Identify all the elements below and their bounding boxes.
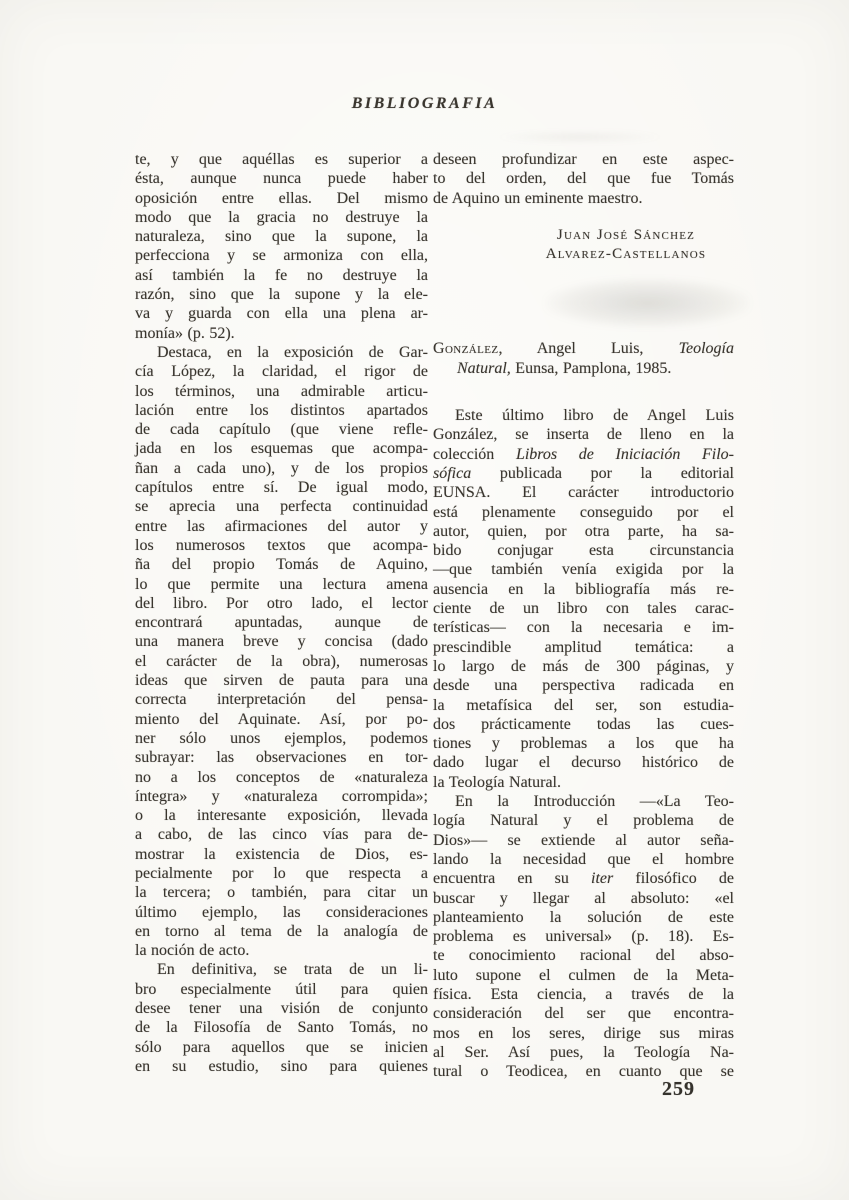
text-segment: planteamiento la solución de este (433, 909, 734, 926)
text-segment: ner sólo unos ejemplos, podemos (135, 730, 428, 747)
text-line: está plenamente conseguido por el (433, 503, 734, 522)
text-segment: ausencia en la bibliografía más re- (433, 581, 734, 598)
right-text-column: deseen profundizar en este aspec-to del … (433, 150, 734, 1081)
text-segment: va y guarda con ella una plena ar- (135, 305, 428, 322)
text-line: EUNSA. El carácter introductorio (433, 483, 734, 502)
text-line: bido conjugar esta circunstancia (433, 541, 734, 560)
text-line: En definitiva, se trata de un li- (135, 960, 428, 979)
text-segment: En la Introducción —«La Teo- (455, 793, 734, 810)
text-line: dos prácticamente todas las cues- (433, 715, 734, 734)
text-segment: EUNSA. El carácter introductorio (433, 484, 734, 501)
text-line: correcta interpretación del pensa- (135, 690, 428, 709)
text-line: terísticas— con la necesaria e im- (433, 618, 734, 637)
text-segment: consideración del ser que encontra- (433, 1005, 734, 1022)
text-line: la tercera; o también, para citar un (135, 883, 428, 902)
text-segment: te conocimiento racional del abso- (433, 947, 734, 964)
scan-smudge-top (500, 130, 660, 144)
text-line: luto supone el culmen de la Meta- (433, 966, 734, 985)
text-line: la Teología Natural. (433, 773, 734, 792)
text-segment: no a los conceptos de «naturaleza (135, 769, 428, 786)
text-segment: correcta interpretación del pensa- (135, 691, 428, 708)
page-number: 259 (662, 1078, 695, 1101)
text-segment: entre las afirmaciones del autor y (135, 518, 428, 535)
text-line: del libro. Por otro lado, el lector (135, 594, 428, 613)
text-segment: a cabo, de las cinco vías para de- (135, 826, 428, 843)
text-segment: to del orden, del que fue Tomás (433, 170, 734, 187)
text-line: no a los conceptos de «naturaleza (135, 768, 428, 787)
text-segment: subrayar: las observaciones en tor- (135, 749, 428, 766)
text-line: ciente de un libro con tales carac- (433, 599, 734, 618)
text-line: ausencia en la bibliografía más re- (433, 580, 734, 599)
text-segment: En definitiva, se trata de un li- (157, 961, 428, 978)
text-segment: publicada por la editorial (500, 465, 734, 482)
text-line: te, y que aquéllas es superior a (135, 150, 428, 169)
text-segment: Dios»— se extiende al autor seña- (433, 832, 734, 849)
text-segment: oposición entre ellas. Del mismo (135, 190, 428, 207)
text-line: to del orden, del que fue Tomás (433, 169, 734, 188)
text-segment: desee tener una visión de conjunto (135, 1000, 428, 1017)
text-segment: encontrará apuntadas, aunque de (135, 614, 428, 631)
text-line: perfecciona y se armoniza con ella, (135, 246, 428, 265)
text-segment: logía Natural y el problema de (433, 812, 734, 829)
text-segment: ña del propio Tomás de Aquino, (135, 556, 428, 573)
text-line: va y guarda con ella una plena ar- (135, 304, 428, 323)
text-line: desde una perspectiva radicada en (433, 676, 734, 695)
text-line: En la Introducción —«La Teo- (433, 792, 734, 811)
text-segment: Alvarez-Castellanos (546, 246, 706, 262)
text-segment: ciente de un libro con tales carac- (433, 600, 734, 617)
text-segment: te, y que aquéllas es superior a (135, 151, 428, 168)
text-line: una manera breve y concisa (dado (135, 632, 428, 651)
text-line: encuentra en su iter filosófico de (433, 869, 734, 888)
text-line: la metafísica del ser, son estudia- (433, 696, 734, 715)
text-line: los términos, una admirable articu- (135, 382, 428, 401)
text-line: física. Esta ciencia, a través de la (433, 985, 734, 1004)
text-segment: terísticas— con la necesaria e im- (433, 619, 734, 636)
text-segment: , Angel Luis, (498, 340, 678, 357)
text-segment: de cada capítulo (que viene refle- (135, 421, 428, 438)
text-segment: filosófico de (613, 870, 734, 887)
text-line: sófica publicada por la editorial (433, 464, 734, 483)
text-line: de cada capítulo (que viene refle- (135, 420, 428, 439)
text-segment: en torno al tema de la analogía de (135, 923, 428, 940)
text-line: a cabo, de las cinco vías para de- (135, 825, 428, 844)
text-line: íntegra» y «naturaleza corrompida»; (135, 787, 428, 806)
text-segment: mostrar la existencia de Dios, es- (135, 846, 428, 863)
text-segment: pecialmente por lo que respecta a (135, 865, 428, 882)
text-line: ideas que sirven de pauta para una (135, 671, 428, 690)
text-segment: colección (433, 446, 516, 463)
text-segment: buscar y llegar al absoluto: «el (433, 890, 734, 907)
text-segment: al Ser. Así pues, la Teología Na- (433, 1044, 734, 1061)
text-segment: ideas que sirven de pauta para una (135, 672, 428, 689)
text-line: de la Filosofía de Santo Tomás, no (135, 1018, 428, 1037)
text-line: Alvarez-Castellanos (433, 245, 734, 264)
text-line: o la interesante exposición, llevada (135, 806, 428, 825)
left-text-column: te, y que aquéllas es superior aésta, au… (135, 150, 428, 1076)
text-segment: Natural, (457, 360, 515, 377)
text-line: Dios»— se extiende al autor seña- (433, 831, 734, 850)
text-segment: último ejemplo, las consideraciones (135, 904, 428, 921)
text-line: González, se inserta de lleno en la (433, 425, 734, 444)
text-line: sólo para aquellos que se inicien (135, 1038, 428, 1057)
text-segment: el carácter de la obra), numerosas (135, 653, 428, 670)
text-segment: lando la necesidad que el hombre (433, 851, 734, 868)
text-line: pecialmente por lo que respecta a (135, 864, 428, 883)
text-segment: iter (591, 870, 613, 887)
text-line: el carácter de la obra), numerosas (135, 652, 428, 671)
text-line: los numerosos textos que acompa- (135, 536, 428, 555)
text-segment: cía López, la claridad, el rigor de (135, 363, 428, 380)
text-segment: desde una perspectiva radicada en (433, 677, 734, 694)
text-line: miento del Aquinate. Así, por po- (135, 710, 428, 729)
text-line: ñan a cada uno), y de los propios (135, 459, 428, 478)
text-line: lando la necesidad que el hombre (433, 850, 734, 869)
text-line: se aprecia una perfecta continuidad (135, 497, 428, 516)
text-line: Natural, Eunsa, Pamplona, 1985. (433, 359, 734, 378)
text-segment: monía» (p. 52). (135, 325, 235, 342)
text-line: lación entre los distintos apartados (135, 401, 428, 420)
text-line: deseen profundizar en este aspec- (433, 150, 734, 169)
text-line: planteamiento la solución de este (433, 908, 734, 927)
text-segment: la tercera; o también, para citar un (135, 884, 428, 901)
text-segment: lo largo de más de 300 páginas, y (433, 658, 734, 675)
text-line: ésta, aunque nunca puede haber (135, 169, 428, 188)
scanned-journal-page: BIBLIOGRAFIA te, y que aquéllas es super… (0, 0, 849, 1200)
text-line: monía» (p. 52). (135, 324, 428, 343)
text-line: Este último libro de Angel Luis (433, 406, 734, 425)
text-line: oposición entre ellas. Del mismo (135, 189, 428, 208)
text-line: último ejemplo, las consideraciones (135, 903, 428, 922)
text-segment: lo que permite una lectura amena (135, 576, 428, 593)
text-segment: González (433, 340, 498, 357)
text-segment: íntegra» y «naturaleza corrompida»; (135, 788, 428, 805)
text-line: colección Libros de Iniciación Filo- (433, 445, 734, 464)
text-segment: de Aquino un eminente maestro. (433, 190, 643, 207)
text-line: problema es universal» (p. 18). Es- (433, 927, 734, 946)
text-line: así también la fe no destruye la (135, 266, 428, 285)
text-segment: razón, sino que la supone y la ele- (135, 286, 428, 303)
text-line: buscar y llegar al absoluto: «el (433, 889, 734, 908)
text-segment: de la Filosofía de Santo Tomás, no (135, 1019, 428, 1036)
text-line: en su estudio, sino para quienes (135, 1057, 428, 1076)
text-line: al Ser. Así pues, la Teología Na- (433, 1043, 734, 1062)
text-line: autor, quien, por otra parte, ha sa- (433, 522, 734, 541)
text-line: mos en los seres, dirige sus miras (433, 1024, 734, 1043)
text-segment: bido conjugar esta circunstancia (433, 542, 734, 559)
text-line: encontrará apuntadas, aunque de (135, 613, 428, 632)
text-segment: los numerosos textos que acompa- (135, 537, 428, 554)
text-line: logía Natural y el problema de (433, 811, 734, 830)
text-segment: Destaca, en la exposición de Gar- (157, 344, 428, 361)
text-line: jada en los esquemas que acompa- (135, 439, 428, 458)
text-segment: Juan José Sánchez (557, 227, 695, 243)
text-segment: Eunsa, Pamplona, 1985. (515, 360, 671, 377)
text-segment: autor, quien, por otra parte, ha sa- (433, 523, 734, 540)
text-segment: González, se inserta de lleno en la (433, 426, 734, 443)
text-segment: encuentra en su (433, 870, 591, 887)
text-segment: o la interesante exposición, llevada (135, 807, 428, 824)
text-segment: prescindible amplitud temática: a (433, 639, 734, 656)
text-line: prescindible amplitud temática: a (433, 638, 734, 657)
text-line: —que también venía exigida por la (433, 560, 734, 579)
page-header-title: BIBLIOGRAFIA (0, 95, 849, 113)
text-line: dado lugar el decurso histórico de (433, 753, 734, 772)
text-line: ña del propio Tomás de Aquino, (135, 555, 428, 574)
text-line: razón, sino que la supone y la ele- (135, 285, 428, 304)
text-segment: ñan a cada uno), y de los propios (135, 460, 428, 477)
text-segment: la Teología Natural. (433, 774, 561, 791)
text-segment: Este último libro de Angel Luis (455, 407, 734, 424)
text-segment: del libro. Por otro lado, el lector (135, 595, 428, 612)
text-line: te conocimiento racional del abso- (433, 946, 734, 965)
text-segment: la metafísica del ser, son estudia- (433, 697, 734, 714)
text-line: entre las afirmaciones del autor y (135, 517, 428, 536)
text-line: lo que permite una lectura amena (135, 575, 428, 594)
text-segment: bro especialmente útil para quien (135, 981, 428, 998)
text-segment: Teología (679, 340, 734, 357)
text-line: de Aquino un eminente maestro. (433, 189, 734, 208)
text-segment: dado lugar el decurso histórico de (433, 754, 734, 771)
text-line: naturaleza, sino que la supone, la (135, 227, 428, 246)
text-segment: —que también venía exigida por la (433, 561, 734, 578)
text-segment: modo que la gracia no destruye la (135, 209, 428, 226)
text-segment: física. Esta ciencia, a través de la (433, 986, 734, 1003)
text-segment: en su estudio, sino para quienes (135, 1058, 428, 1075)
text-line: Juan José Sánchez (433, 226, 734, 245)
text-line: González, Angel Luis, Teología (433, 339, 734, 358)
text-segment: sólo para aquellos que se inicien (135, 1039, 428, 1056)
text-line: Destaca, en la exposición de Gar- (135, 343, 428, 362)
text-line: la noción de acto. (135, 941, 428, 960)
text-line: capítulos entre sí. De igual modo, (135, 478, 428, 497)
text-line: tiones y problemas a los que ha (433, 734, 734, 753)
text-segment: está plenamente conseguido por el (433, 504, 734, 521)
text-segment: sófica (433, 465, 500, 482)
text-segment: así también la fe no destruye la (135, 267, 428, 284)
text-segment: una manera breve y concisa (dado (135, 633, 428, 650)
text-line: desee tener una visión de conjunto (135, 999, 428, 1018)
text-line: bro especialmente útil para quien (135, 980, 428, 999)
text-segment: deseen profundizar en este aspec- (433, 151, 734, 168)
text-segment: tiones y problemas a los que ha (433, 735, 734, 752)
text-segment: lación entre los distintos apartados (135, 402, 428, 419)
text-segment: se aprecia una perfecta continuidad (135, 498, 428, 515)
text-segment: dos prácticamente todas las cues- (433, 716, 734, 733)
text-segment: mos en los seres, dirige sus miras (433, 1025, 734, 1042)
text-line: mostrar la existencia de Dios, es- (135, 845, 428, 864)
text-segment: jada en los esquemas que acompa- (135, 440, 428, 457)
text-line: cía López, la claridad, el rigor de (135, 362, 428, 381)
text-line: subrayar: las observaciones en tor- (135, 748, 428, 767)
text-segment: capítulos entre sí. De igual modo, (135, 479, 428, 496)
text-segment: la noción de acto. (135, 942, 249, 959)
text-segment: luto supone el culmen de la Meta- (433, 967, 734, 984)
text-segment: miento del Aquinate. Así, por po- (135, 711, 428, 728)
text-line: consideración del ser que encontra- (433, 1004, 734, 1023)
text-segment: perfecciona y se armoniza con ella, (135, 247, 428, 264)
text-line: modo que la gracia no destruye la (135, 208, 428, 227)
text-segment: Libros de Iniciación Filo- (516, 446, 734, 463)
text-line: en torno al tema de la analogía de (135, 922, 428, 941)
text-segment: problema es universal» (p. 18). Es- (433, 928, 734, 945)
text-line: lo largo de más de 300 páginas, y (433, 657, 734, 676)
text-line: ner sólo unos ejemplos, podemos (135, 729, 428, 748)
text-segment: los términos, una admirable articu- (135, 383, 428, 400)
text-segment: ésta, aunque nunca puede haber (135, 170, 428, 187)
text-segment: naturaleza, sino que la supone, la (135, 228, 428, 245)
